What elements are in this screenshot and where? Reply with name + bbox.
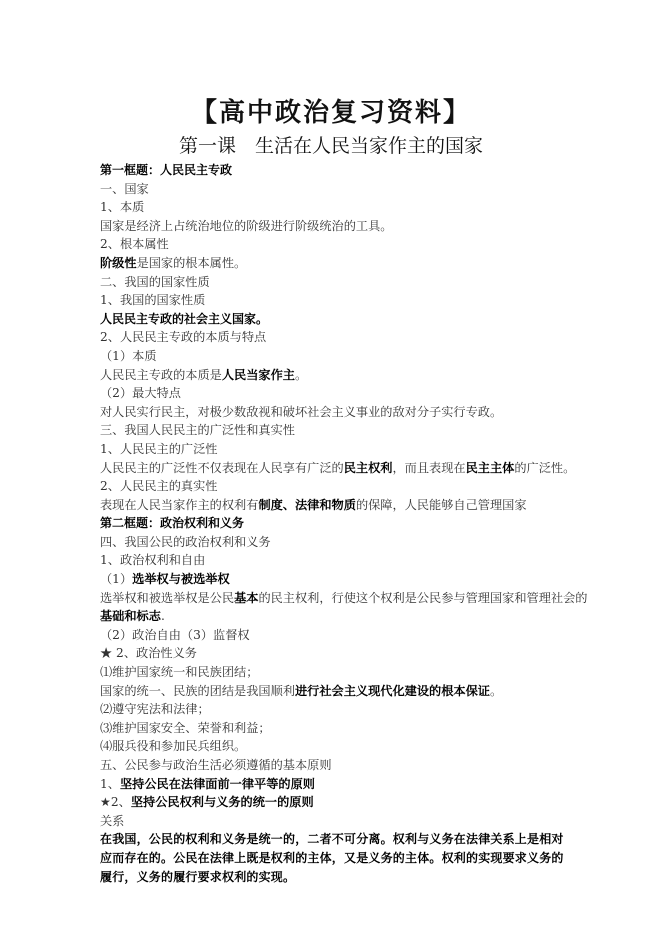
text: 国家是经济上占统治地位的阶级进行阶级统治的工具。 xyxy=(100,219,393,233)
text: 五、公民参与政治生活必须遵循的基本原则 xyxy=(100,758,332,772)
text: ，而且表现在 xyxy=(393,461,466,475)
text-line: ★2、坚持公民权利与义务的统一的原则 xyxy=(100,793,564,812)
bold-text: 民主权利 xyxy=(344,461,393,475)
text: 人民民主专政的本质是 xyxy=(100,368,222,382)
text: 二、我国的国家性质 xyxy=(100,275,210,289)
text: 1、我国的国家性质 xyxy=(100,293,205,307)
text: 对人民实行民主，对极少数敌视和破坏社会主义事业的敌对分子实行专政。 xyxy=(100,405,502,419)
text-line: 一、国家 xyxy=(100,180,564,199)
text: ⑵遵守宪法和法律； xyxy=(100,702,210,716)
text: 关系 xyxy=(100,814,124,828)
text-line: 人民民主的广泛性不仅表现在人民享有广泛的民主权利，而且表现在民主主体的广泛性。 xyxy=(100,459,564,478)
bold-text: 人民民主专政的社会主义国家。 xyxy=(100,312,268,326)
text-line: 阶级性是国家的根本属性。 xyxy=(100,254,564,273)
text-line: 二、我国的国家性质 xyxy=(100,273,564,292)
bold-text: 选举权与被选举权 xyxy=(132,572,230,586)
text-line: （1）选举权与被选举权 xyxy=(100,570,564,589)
text: ⑶维护国家安全、荣誉和利益； xyxy=(100,721,271,735)
text-line: 人民民主专政的本质是人民当家作主。 xyxy=(100,366,564,385)
text-line: ⑶维护国家安全、荣誉和利益； xyxy=(100,719,564,738)
text-line: 1、坚持公民在法律面前一律平等的原则 xyxy=(100,775,564,794)
text: （2）最大特点 xyxy=(100,386,181,400)
text: 2、人民民主的真实性 xyxy=(100,479,217,493)
text-line: 2、人民民主专政的本质与特点 xyxy=(100,328,564,347)
text: 一、国家 xyxy=(100,182,149,196)
text: 的保障，人民能够自己管理国家 xyxy=(356,498,527,512)
text-line: 五、公民参与政治生活必须遵循的基本原则 xyxy=(100,756,564,775)
bold-text: 坚持公民权利与义务的统一的原则 xyxy=(131,795,314,809)
text-line: 选举权和被选举权是公民基本的民主权利，行使这个权利是公民参与管理国家和管理社会的 xyxy=(100,589,564,608)
text-line: 表现在人民当家作主的权利有制度、法律和物质的保障，人民能够自己管理国家 xyxy=(100,496,564,515)
text-lines: 第一框题：人民民主专政一、国家1、本质国家是经济上占统治地位的阶级进行阶级统治的… xyxy=(100,161,564,830)
bold-text: 第二框题：政治权利和义务 xyxy=(100,516,244,530)
text-line: 三、我国人民民主的广泛性和真实性 xyxy=(100,421,564,440)
text: ★ 2、政治性义务 xyxy=(100,646,197,660)
text: 2、人民民主专政的本质与特点 xyxy=(100,330,266,344)
text: 2、根本属性 xyxy=(100,237,169,251)
text-line: 对人民实行民主，对极少数敌视和破坏社会主义事业的敌对分子实行专政。 xyxy=(100,403,564,422)
bold-text: 民主主体 xyxy=(466,461,515,475)
bold-text: 进行社会主义现代化建设的根本保证 xyxy=(295,684,490,698)
text-line: ⑵遵守宪法和法律； xyxy=(100,700,564,719)
text: 人民民主的广泛性不仅表现在人民享有广泛的 xyxy=(100,461,344,475)
document-body: 第一框题：人民民主专政一、国家1、本质国家是经济上占统治地位的阶级进行阶级统治的… xyxy=(100,161,564,887)
text-line: （2）最大特点 xyxy=(100,384,564,403)
text-line: 人民民主专政的社会主义国家。 xyxy=(100,310,564,329)
text-line: （2）政治自由（3）监督权 xyxy=(100,626,564,645)
text: 的民主权利，行使这个权利是公民参与管理国家和管理社会的 xyxy=(258,591,587,605)
text: 。 xyxy=(490,684,502,698)
bold-text: 坚持公民在法律面前一律平等的原则 xyxy=(120,777,315,791)
text: 1、政治权利和自由 xyxy=(100,553,205,567)
text: 的广泛性。 xyxy=(514,461,575,475)
text-line: 关系 xyxy=(100,812,564,831)
text: 。 xyxy=(295,368,307,382)
text: ★2、 xyxy=(100,795,131,809)
text: 三、我国人民民主的广泛性和真实性 xyxy=(100,423,295,437)
text-line: ★ 2、政治性义务 xyxy=(100,644,564,663)
text: 1、本质 xyxy=(100,200,144,214)
text-line: 四、我国公民的政治权利和义务 xyxy=(100,533,564,552)
text-line: ⑴维护国家统一和民族团结； xyxy=(100,663,564,682)
bold-text: 第一框题：人民民主专政 xyxy=(100,163,232,177)
text: 1、 xyxy=(100,777,120,791)
lesson-subtitle: 第一课 生活在人民当家作主的国家 xyxy=(0,131,662,158)
text: 四、我国公民的政治权利和义务 xyxy=(100,535,271,549)
text-line: 1、人民民主的广泛性 xyxy=(100,440,564,459)
text: 1、人民民主的广泛性 xyxy=(100,442,217,456)
text: ⑴维护国家统一和民族团结； xyxy=(100,665,258,679)
bold-text: 基础和标志 xyxy=(100,609,161,623)
text: 国家的统一、民族的团结是我国顺利 xyxy=(100,684,295,698)
text-line: 1、本质 xyxy=(100,198,564,217)
bold-text: 人民当家作主 xyxy=(222,368,295,382)
text-line: 国家的统一、民族的团结是我国顺利进行社会主义现代化建设的根本保证。 xyxy=(100,682,564,701)
text-line: 第一框题：人民民主专政 xyxy=(100,161,564,180)
text: 表现在人民当家作主的权利有 xyxy=(100,498,258,512)
text-line: 1、我国的国家性质 xyxy=(100,291,564,310)
text: （1） xyxy=(100,572,132,586)
bold-text: 基本 xyxy=(234,591,258,605)
text-line: 国家是经济上占统治地位的阶级进行阶级统治的工具。 xyxy=(100,217,564,236)
bold-text: 制度、法律和物质 xyxy=(258,498,356,512)
text-line: 基础和标志. xyxy=(100,607,564,626)
text-line: 2、根本属性 xyxy=(100,235,564,254)
text-line: （1）本质 xyxy=(100,347,564,366)
text: 是国家的根本属性。 xyxy=(137,256,247,270)
bold-text: 阶级性 xyxy=(100,256,137,270)
rights-duties-relationship-paragraph: 在我国，公民的权利和义务是统一的，二者不可分离。权利与义务在法律关系上是相对应而… xyxy=(100,830,564,887)
text: ⑷服兵役和参加民兵组织。 xyxy=(100,739,246,753)
text: （2）政治自由（3）监督权 xyxy=(100,628,250,642)
text-line: 2、人民民主的真实性 xyxy=(100,477,564,496)
text: . xyxy=(161,609,165,623)
text: 选举权和被选举权是公民 xyxy=(100,591,234,605)
document-title: 【高中政治复习资料】 xyxy=(0,92,662,129)
text-line: ⑷服兵役和参加民兵组织。 xyxy=(100,737,564,756)
text: （1）本质 xyxy=(100,349,157,363)
text-line: 第二框题：政治权利和义务 xyxy=(100,514,564,533)
text-line: 1、政治权利和自由 xyxy=(100,551,564,570)
